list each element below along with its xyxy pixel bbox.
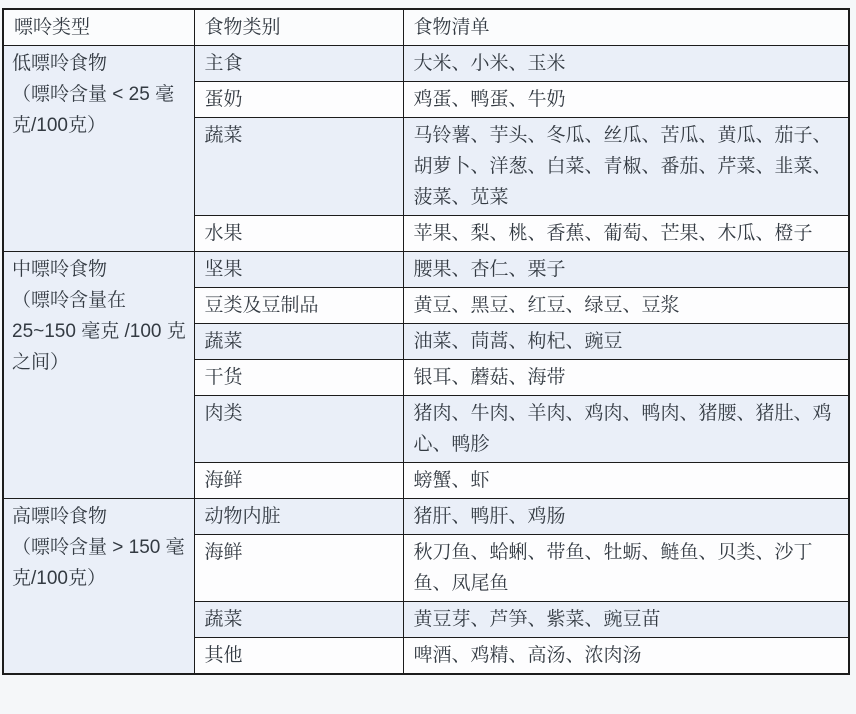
food-category-cell: 水果 (194, 216, 403, 252)
table-body: 低嘌呤食物（嘌呤含量 < 25 毫克/100克）主食大米、小米、玉米蛋奶鸡蛋、鸭… (3, 46, 849, 675)
header-row: 嘌呤类型 食物类别 食物清单 (3, 9, 849, 46)
col-header-food-category: 食物类别 (194, 9, 403, 46)
food-category-cell: 海鲜 (194, 463, 403, 499)
purine-group-title: 低嘌呤食物 (12, 48, 188, 79)
food-category-cell: 豆类及豆制品 (194, 288, 403, 324)
food-category-cell: 其他 (194, 638, 403, 675)
col-header-purine-type: 嘌呤类型 (3, 9, 194, 46)
food-category-cell: 主食 (194, 46, 403, 82)
purine-group-cell: 高嘌呤食物（嘌呤含量 > 150 毫克/100克） (3, 499, 194, 675)
food-category-cell: 蔬菜 (194, 118, 403, 216)
purine-group-title: 高嘌呤食物 (12, 501, 188, 532)
table-row: 高嘌呤食物（嘌呤含量 > 150 毫克/100克）动物内脏猪肝、鸭肝、鸡肠 (3, 499, 849, 535)
food-category-cell: 蔬菜 (194, 602, 403, 638)
food-items-cell: 螃蟹、虾 (403, 463, 849, 499)
food-items-cell: 秋刀鱼、蛤蜊、带鱼、牡蛎、鲢鱼、贝类、沙丁鱼、凤尾鱼 (403, 535, 849, 602)
col-header-food-list: 食物清单 (403, 9, 849, 46)
food-items-cell: 鸡蛋、鸭蛋、牛奶 (403, 82, 849, 118)
purine-food-table: 嘌呤类型 食物类别 食物清单 低嘌呤食物（嘌呤含量 < 25 毫克/100克）主… (2, 8, 850, 675)
purine-group-cell: 中嘌呤食物（嘌呤含量在25~150 毫克 /100 克之间） (3, 252, 194, 499)
food-items-cell: 马铃薯、芋头、冬瓜、丝瓜、苦瓜、黄瓜、茄子、胡萝卜、洋葱、白菜、青椒、番茄、芹菜… (403, 118, 849, 216)
food-items-cell: 油菜、茼蒿、枸杞、豌豆 (403, 324, 849, 360)
food-category-cell: 蔬菜 (194, 324, 403, 360)
purine-group-note: （嘌呤含量 < 25 毫克/100克） (12, 79, 188, 141)
food-category-cell: 干货 (194, 360, 403, 396)
food-items-cell: 啤酒、鸡精、高汤、浓肉汤 (403, 638, 849, 675)
food-category-cell: 蛋奶 (194, 82, 403, 118)
purine-group-note: （嘌呤含量 > 150 毫克/100克） (12, 532, 188, 594)
food-category-cell: 坚果 (194, 252, 403, 288)
food-category-cell: 动物内脏 (194, 499, 403, 535)
food-items-cell: 猪肉、牛肉、羊肉、鸡肉、鸭肉、猪腰、猪肚、鸡心、鸭胗 (403, 396, 849, 463)
food-items-cell: 大米、小米、玉米 (403, 46, 849, 82)
food-category-cell: 肉类 (194, 396, 403, 463)
food-category-cell: 海鲜 (194, 535, 403, 602)
food-items-cell: 黄豆芽、芦笋、紫菜、豌豆苗 (403, 602, 849, 638)
table-row: 低嘌呤食物（嘌呤含量 < 25 毫克/100克）主食大米、小米、玉米 (3, 46, 849, 82)
food-items-cell: 银耳、蘑菇、海带 (403, 360, 849, 396)
table-row: 中嘌呤食物（嘌呤含量在25~150 毫克 /100 克之间）坚果腰果、杏仁、栗子 (3, 252, 849, 288)
page: { "table": { "headers": ["嘌呤类型", "食物类别",… (0, 0, 856, 714)
food-items-cell: 猪肝、鸭肝、鸡肠 (403, 499, 849, 535)
purine-group-cell: 低嘌呤食物（嘌呤含量 < 25 毫克/100克） (3, 46, 194, 252)
food-items-cell: 苹果、梨、桃、香蕉、葡萄、芒果、木瓜、橙子 (403, 216, 849, 252)
food-items-cell: 腰果、杏仁、栗子 (403, 252, 849, 288)
purine-group-note: （嘌呤含量在25~150 毫克 /100 克之间） (12, 285, 188, 378)
purine-group-title: 中嘌呤食物 (12, 254, 188, 285)
food-items-cell: 黄豆、黑豆、红豆、绿豆、豆浆 (403, 288, 849, 324)
